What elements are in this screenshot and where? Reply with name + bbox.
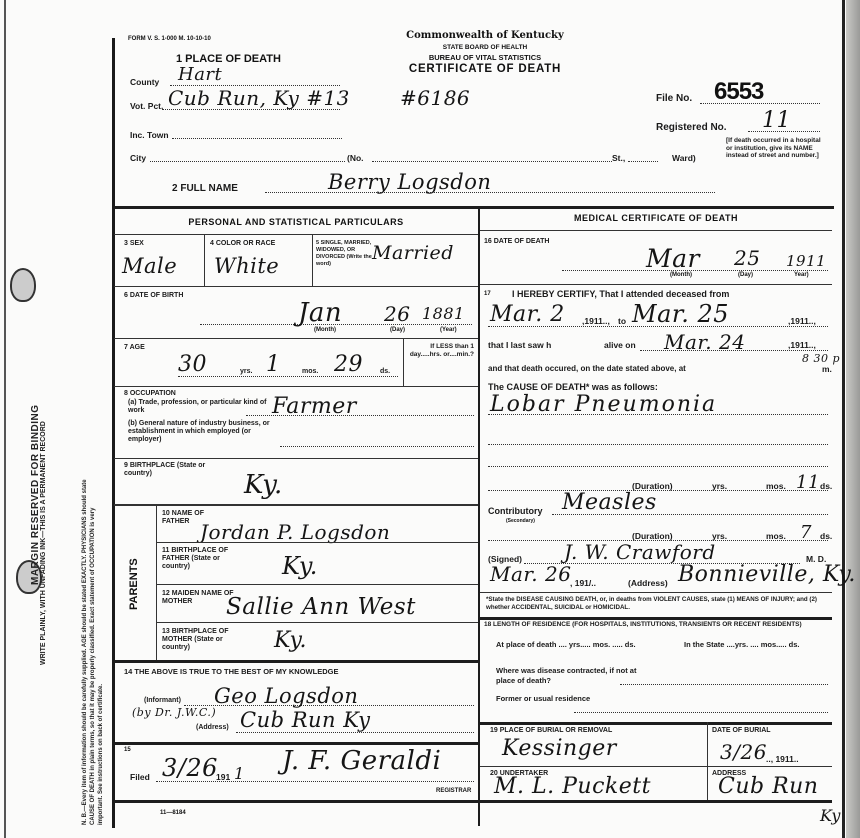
binding-hole-icon xyxy=(10,268,36,302)
ds-label: ds. xyxy=(380,368,390,376)
certificate-annotation: #6186 xyxy=(400,86,470,110)
to-label: to xyxy=(618,316,626,326)
dod-label: 16 DATE OF DEATH xyxy=(484,238,549,246)
marital-status-value: Married xyxy=(372,242,454,264)
occupation-label: 8 OCCUPATION xyxy=(124,390,176,398)
divider xyxy=(480,800,832,803)
signed-date: Mar. 26 xyxy=(490,562,571,586)
burial-date-label: DATE OF BURIAL xyxy=(712,727,771,735)
cause-of-death-value: Lobar Pneumonia xyxy=(490,392,717,417)
divider xyxy=(480,617,832,620)
county-value: Hart xyxy=(178,64,222,85)
occupation-a-label: (a) Trade, profession, or particular kin… xyxy=(128,399,278,415)
inc-town-field-line xyxy=(172,138,342,139)
divider xyxy=(707,722,708,802)
dob-year: 1881 xyxy=(422,304,465,323)
certify-statement: I HEREBY CERTIFY, That I attended deceas… xyxy=(512,289,729,299)
divider xyxy=(114,338,478,339)
divider xyxy=(204,234,205,286)
cause-footnote: *State the DISEASE CAUSING DEATH, or, in… xyxy=(486,596,832,612)
divider xyxy=(156,542,478,543)
duration-ds-label: ds. xyxy=(820,481,832,491)
dod-year: 1911 xyxy=(786,252,826,270)
divider xyxy=(114,458,478,459)
divider xyxy=(403,338,404,386)
death-time-label: and that death occured, on the date stat… xyxy=(488,364,686,373)
cause-duration-days: 11 xyxy=(796,472,820,493)
contributory-value: Measles xyxy=(562,490,657,515)
burial-date-value: 3/26 xyxy=(720,740,767,764)
secondary-label: (Secondary) xyxy=(506,518,535,524)
father-birthplace-value: Ky. xyxy=(282,552,318,580)
file-no-label: File No. xyxy=(656,93,692,104)
medical-section-title: MEDICAL CERTIFICATE OF DEATH xyxy=(480,213,832,223)
vot-pct-value: Cub Run, Ky #13 xyxy=(168,86,350,110)
county-label: County xyxy=(130,77,159,87)
marital-status-label: 5 SINGLE, MARRIED, WIDOWED, OR DIVORCED … xyxy=(316,240,378,268)
attended-from: Mar. 2 xyxy=(490,302,565,327)
vot-pct-label: Vot. Pct. xyxy=(130,101,163,111)
race-label: 4 COLOR OR RACE xyxy=(210,240,275,248)
informant-address-label: (Address) xyxy=(196,724,229,732)
birthplace-label: 9 BIRTHPLACE (State or country) xyxy=(124,462,224,478)
cause-line xyxy=(488,466,828,467)
last-saw-label: that I last saw h xyxy=(488,340,551,350)
dod-year-caption: Year) xyxy=(794,272,809,278)
divider xyxy=(114,386,478,387)
form-footer-code: 11—8184 xyxy=(160,810,186,816)
street-no-label: (No. xyxy=(347,153,364,163)
divider xyxy=(114,742,478,745)
margin-note-line: CAUSE OF DEATH in plain terms, so that i… xyxy=(90,508,96,825)
former-residence-label: Former or usual residence xyxy=(496,694,596,704)
write-plainly-note: WRITE PLAINLY, WITH UNFADING INK—THIS IS… xyxy=(40,421,47,665)
divider xyxy=(114,800,478,803)
divider xyxy=(156,622,478,623)
less-than-day-label: If LESS than 1 day.....hrs. or....min.? xyxy=(408,343,474,359)
attended-to: Mar. 25 xyxy=(632,300,729,328)
filed-label: Filed xyxy=(130,772,150,782)
age-years: 30 xyxy=(178,352,207,377)
certificate-title: CERTIFICATE OF DEATH xyxy=(380,63,590,75)
dob-day: 26 xyxy=(384,302,410,326)
occupation-b-line xyxy=(280,446,474,447)
divider xyxy=(480,722,832,725)
ward-field-line xyxy=(628,161,658,162)
form-left-border xyxy=(112,38,115,828)
parents-side-label: PARENTS xyxy=(128,558,140,610)
attended-to-year: ,1911.., xyxy=(788,316,816,326)
informant-value: Geo Logsdon xyxy=(214,684,358,708)
father-name-value: Jordan P. Logsdon xyxy=(200,520,390,544)
registrar-signature: J. F. Geraldi xyxy=(282,746,441,776)
attended-from-year: ,1911.., xyxy=(582,316,610,326)
last-saw-date: Mar. 24 xyxy=(664,330,745,354)
ward-label: Ward) xyxy=(672,153,696,163)
dob-label: 6 DATE OF BIRTH xyxy=(124,292,183,300)
age-months: 1 xyxy=(266,352,281,377)
dob-month: Jan xyxy=(298,298,342,328)
bureau-name: BUREAU OF VITAL STATISTICS xyxy=(380,53,590,62)
age-days: 29 xyxy=(334,352,363,377)
form-right-border xyxy=(842,0,845,838)
divider xyxy=(114,660,478,663)
divider xyxy=(480,230,832,231)
filed-date: 3/26 xyxy=(162,754,218,782)
margin-note-line: important. See instructions on back of c… xyxy=(98,684,104,825)
personal-section-title: PERSONAL AND STATISTICAL PARTICULARS xyxy=(114,217,478,227)
occupation-value: Farmer xyxy=(272,394,357,419)
form-number: FORM V. S. 1-000 M. 10-10-10 xyxy=(128,36,211,42)
contributory-label: Contributory xyxy=(488,506,543,516)
undertaker-address-value: Cub Run xyxy=(718,774,818,799)
former-residence-line xyxy=(574,712,828,713)
dod-day: 25 xyxy=(734,246,760,270)
registered-no-label: Registered No. xyxy=(656,122,727,133)
column-divider xyxy=(478,206,480,826)
burial-place-value: Kessinger xyxy=(502,736,617,761)
divider xyxy=(114,234,478,235)
filed-year-prefix: 191 xyxy=(216,772,230,782)
death-time-suffix: m. xyxy=(822,364,832,374)
burial-date-year: .., 1911.. xyxy=(766,754,799,764)
disease-contracted-label: Where was disease contracted, if not at … xyxy=(496,666,646,686)
divider xyxy=(156,504,157,660)
section-divider xyxy=(114,206,834,209)
undertaker-value: M. L. Puckett xyxy=(494,774,651,799)
last-saw-year: ,1911.., xyxy=(788,340,816,350)
cause-line xyxy=(488,444,828,445)
hospital-note: [If death occurred in a hospital or inst… xyxy=(726,137,826,160)
certify-number: 17 xyxy=(484,291,491,297)
dod-month-caption: (Month) xyxy=(670,272,692,278)
occupation-b-label: (b) General nature of industry business,… xyxy=(128,420,278,444)
yrs-label: yrs. xyxy=(240,368,252,376)
divider xyxy=(480,592,832,593)
contributory-duration-days: 7 xyxy=(800,522,812,543)
informant-address-value: Cub Run Ky xyxy=(240,708,370,732)
city-field-line xyxy=(150,161,345,162)
undertaker-address-overflow: Ky xyxy=(820,806,841,825)
divider xyxy=(114,286,478,287)
informant-address-line xyxy=(236,732,474,733)
file-no-value: 6553 xyxy=(714,78,763,106)
at-place-residence: At place of death .... yrs..... mos. ...… xyxy=(496,640,666,650)
dod-day-caption: (Day) xyxy=(738,272,753,278)
filed-year-suffix: 1 xyxy=(234,764,245,783)
city-label: City xyxy=(130,153,146,163)
margin-note-line: N. B.—Every item of information should b… xyxy=(82,479,88,825)
duration-mos-label: mos. xyxy=(766,481,786,491)
informant-label: (Informant) xyxy=(144,697,181,705)
mother-name-value: Sallie Ann West xyxy=(226,594,416,620)
divider xyxy=(312,234,313,286)
dod-month: Mar xyxy=(646,244,700,273)
full-name-label: 2 FULL NAME xyxy=(172,183,238,194)
physician-address-value: Bonnieville, Ky. xyxy=(678,562,856,587)
mother-birthplace-value: Ky. xyxy=(274,628,307,653)
street-label: St., xyxy=(612,153,625,163)
inc-town-label: Inc. Town xyxy=(130,130,169,140)
informant-by-note: (by Dr. J.W.C.) xyxy=(132,706,216,719)
filed-number: 15 xyxy=(124,747,131,753)
physician-signature: J. W. Crawford xyxy=(564,540,716,564)
state-name: Commonwealth of Kentucky xyxy=(380,30,590,41)
month-caption: (Month) xyxy=(314,327,336,333)
page-edge-line xyxy=(4,0,6,838)
registrar-label: REGISTRAR xyxy=(436,788,471,794)
alive-on-label: alive on xyxy=(604,340,636,350)
divider xyxy=(480,284,832,285)
duration-yrs-label: yrs. xyxy=(712,481,727,491)
death-certificate: MARGIN RESERVED FOR BINDING WRITE PLAINL… xyxy=(0,0,860,838)
scan-shadow xyxy=(846,0,860,838)
day-caption: (Day) xyxy=(390,327,405,333)
year-caption: (Year) xyxy=(440,327,457,333)
burial-place-label: 19 PLACE OF BURIAL OR REMOVAL xyxy=(490,727,612,735)
divider xyxy=(156,584,478,585)
sex-label: 3 SEX xyxy=(124,240,144,248)
father-birthplace-label: 11 BIRTHPLACE OF FATHER (State or countr… xyxy=(162,547,242,571)
race-value: White xyxy=(214,254,279,278)
residence-label: 18 LENGTH OF RESIDENCE (FOR HOSPITALS, I… xyxy=(484,621,830,629)
physician-address-label: (Address) xyxy=(628,578,668,588)
divider xyxy=(114,504,478,506)
contributory-mos-label: mos. xyxy=(766,531,786,541)
in-state-residence: In the State ....yrs. .... mos..... ds. xyxy=(684,640,830,650)
informant-statement: 14 THE ABOVE IS TRUE TO THE BEST OF MY K… xyxy=(124,668,338,676)
age-label: 7 AGE xyxy=(124,344,145,352)
board-name: STATE BOARD OF HEALTH xyxy=(380,44,590,51)
mother-birthplace-label: 13 BIRTHPLACE OF MOTHER (State or countr… xyxy=(162,628,242,652)
full-name-value: Berry Logsdon xyxy=(328,170,491,194)
mos-label: mos. xyxy=(302,368,318,376)
signed-year: , 191/.. xyxy=(570,578,596,588)
street-field-line xyxy=(372,161,612,162)
birthplace-value: Ky. xyxy=(244,470,283,500)
contributory-ds-label: ds. xyxy=(820,531,832,541)
contracted-line xyxy=(620,684,828,685)
cause-of-death-label: The CAUSE OF DEATH* was as follows: xyxy=(488,382,658,392)
sex-value: Male xyxy=(122,254,177,278)
divider xyxy=(480,766,832,767)
registered-no-value: 11 xyxy=(762,108,791,133)
age-field-line xyxy=(178,376,398,377)
